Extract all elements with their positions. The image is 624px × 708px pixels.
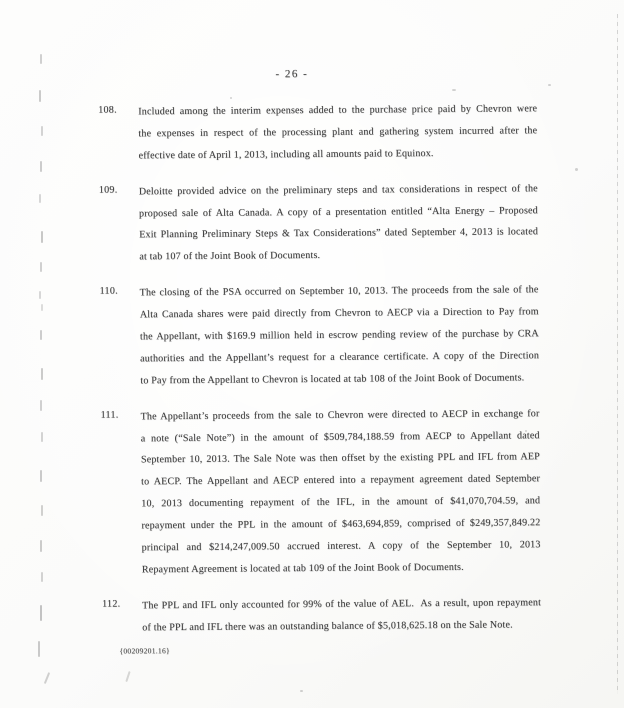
text-line-content: the Appellant, with $169.9 million held … bbox=[140, 328, 539, 342]
scan-speck-artifact bbox=[452, 89, 456, 91]
text-line: authorities and the Appellant’s request … bbox=[140, 343, 539, 368]
text-line: September 10, 2013. The Sale Note was th… bbox=[141, 445, 540, 470]
text-line-content: Repayment Agreement is located at tab 10… bbox=[142, 562, 464, 576]
paragraph-number: 108. bbox=[98, 99, 139, 165]
docket-number-footer: {00209201.16} bbox=[119, 646, 170, 655]
text-line-content: September 10, 2013. The Sale Note was th… bbox=[141, 452, 540, 466]
text-line-content: of the PPL and IFL there was an outstand… bbox=[142, 619, 513, 633]
text-line: principal and $214,247,009.50 accrued in… bbox=[142, 532, 541, 557]
scan-mark-artifact bbox=[41, 231, 43, 243]
text-line: Deloitte provided advice on the prelimin… bbox=[139, 176, 538, 201]
paragraph-lines: The Appellant’s proceeds from the sale t… bbox=[140, 401, 540, 579]
scan-mark-artifact bbox=[41, 572, 43, 582]
paragraph: 109.Deloitte provided advice on the prel… bbox=[99, 176, 560, 267]
scan-mark-artifact bbox=[40, 605, 42, 621]
scan-mark-artifact bbox=[40, 54, 42, 64]
paragraph: 111.The Appellant’s proceeds from the sa… bbox=[100, 401, 561, 580]
text-line: at tab 107 of the Joint Book of Document… bbox=[139, 242, 538, 267]
scan-mark-artifact bbox=[40, 470, 42, 482]
text-line: a note (“Sale Note”) in the amount of $5… bbox=[141, 423, 540, 448]
text-line-content: Deloitte provided advice on the prelimin… bbox=[139, 183, 538, 197]
text-line: Alta Canada shares were paid directly fr… bbox=[140, 299, 539, 324]
text-line-content: a note (“Sale Note”) in the amount of $5… bbox=[141, 430, 540, 444]
text-line: to AECP. The Appellant and AECP entered … bbox=[141, 467, 540, 492]
scan-mark-artifact bbox=[40, 540, 42, 552]
text-line-content: The Appellant’s proceeds from the sale t… bbox=[141, 408, 540, 422]
text-line: 10, 2013 documenting repayment of the IF… bbox=[141, 488, 540, 513]
paragraph-lines: Included among the interim expenses adde… bbox=[138, 96, 538, 165]
text-line: The Appellant’s proceeds from the sale t… bbox=[140, 401, 539, 426]
text-line-content: to AECP. The Appellant and AECP entered … bbox=[141, 474, 540, 488]
text-line: Exit Planning Preliminary Steps & Tax Co… bbox=[139, 220, 538, 245]
text-line: proposed sale of Alta Canada. A copy of … bbox=[139, 198, 538, 223]
paragraph-number: 109. bbox=[99, 179, 140, 267]
text-line-content: Alta Canada shares were paid directly fr… bbox=[140, 306, 539, 320]
scan-mark-artifact bbox=[41, 432, 43, 442]
scan-mark-artifact bbox=[41, 304, 43, 311]
scan-mark-artifact bbox=[39, 90, 41, 102]
paragraph: 110.The closing of the PSA occurred on S… bbox=[100, 277, 561, 390]
paragraph: 108.Included among the interim expenses … bbox=[98, 96, 559, 165]
text-line: to Pay from the Appellant to Chevron is … bbox=[140, 365, 539, 390]
scan-speck-artifact bbox=[525, 430, 527, 432]
text-line-content: principal and $214,247,009.50 accrued in… bbox=[142, 539, 541, 553]
paragraph-number: 112. bbox=[102, 593, 142, 637]
text-line: the expenses in respect of the processin… bbox=[138, 118, 537, 143]
text-line: effective date of April 1, 2013, includi… bbox=[138, 140, 537, 165]
text-line-content: to Pay from the Appellant to Chevron is … bbox=[140, 372, 524, 386]
scan-mark-artifact bbox=[38, 641, 40, 657]
paragraph-list: 108.Included among the interim expenses … bbox=[98, 96, 562, 651]
paragraph-number: 110. bbox=[100, 281, 141, 391]
text-line: repayment under the PPL in the amount of… bbox=[141, 510, 540, 535]
text-line: of the PPL and IFL there was an outstand… bbox=[142, 612, 541, 637]
text-line-content: authorities and the Appellant’s request … bbox=[140, 350, 539, 364]
page-content: - 26 - 108.Included among the interim ex… bbox=[0, 0, 624, 708]
text-line: The PPL and IFL only accounted for 99% o… bbox=[142, 590, 541, 615]
scan-mark-artifact bbox=[41, 505, 43, 516]
text-line-content: The PPL and IFL only accounted for 99% o… bbox=[142, 597, 541, 611]
text-line-content: Included among the interim expenses adde… bbox=[138, 103, 537, 117]
scan-speck-artifact bbox=[300, 690, 303, 692]
scan-mark-artifact bbox=[41, 368, 43, 380]
scan-mark-artifact bbox=[39, 291, 41, 299]
scan-mark-artifact bbox=[39, 194, 41, 203]
paragraph-number: 111. bbox=[100, 404, 141, 579]
scan-speck-artifact bbox=[575, 168, 578, 171]
text-line: the Appellant, with $169.9 million held … bbox=[140, 321, 539, 346]
scan-mark-artifact bbox=[40, 161, 42, 172]
scan-edge-artifact bbox=[617, 14, 618, 694]
page-number: - 26 - bbox=[0, 66, 586, 83]
paragraph-lines: The PPL and IFL only accounted for 99% o… bbox=[142, 590, 541, 637]
text-line: Included among the interim expenses adde… bbox=[138, 96, 537, 121]
paragraph: 112.The PPL and IFL only accounted for 9… bbox=[102, 590, 562, 637]
scanned-document-page: - 26 - 108.Included among the interim ex… bbox=[0, 0, 624, 708]
text-line-content: Exit Planning Preliminary Steps & Tax Co… bbox=[139, 227, 538, 241]
text-line-content: the expenses in respect of the processin… bbox=[138, 125, 537, 139]
text-line-content: The closing of the PSA occurred on Septe… bbox=[140, 284, 539, 298]
text-line-content: proposed sale of Alta Canada. A copy of … bbox=[139, 205, 538, 219]
text-line: The closing of the PSA occurred on Septe… bbox=[140, 277, 539, 302]
scan-mark-artifact bbox=[40, 262, 42, 272]
scan-mark-artifact bbox=[40, 400, 42, 411]
text-line-content: repayment under the PPL in the amount of… bbox=[141, 517, 540, 531]
scan-mark-artifact bbox=[41, 126, 43, 136]
scan-speck-artifact bbox=[230, 97, 232, 99]
text-line-content: effective date of April 1, 2013, includi… bbox=[139, 148, 434, 161]
text-line-content: at tab 107 of the Joint Book of Document… bbox=[139, 250, 320, 262]
paragraph-lines: The closing of the PSA occurred on Septe… bbox=[140, 277, 540, 390]
text-line: Repayment Agreement is located at tab 10… bbox=[142, 554, 541, 579]
scan-mark-artifact bbox=[40, 330, 42, 340]
paragraph-lines: Deloitte provided advice on the prelimin… bbox=[139, 176, 539, 267]
text-line-content: 10, 2013 documenting repayment of the IF… bbox=[141, 495, 540, 509]
scan-speck-artifact bbox=[548, 84, 551, 86]
